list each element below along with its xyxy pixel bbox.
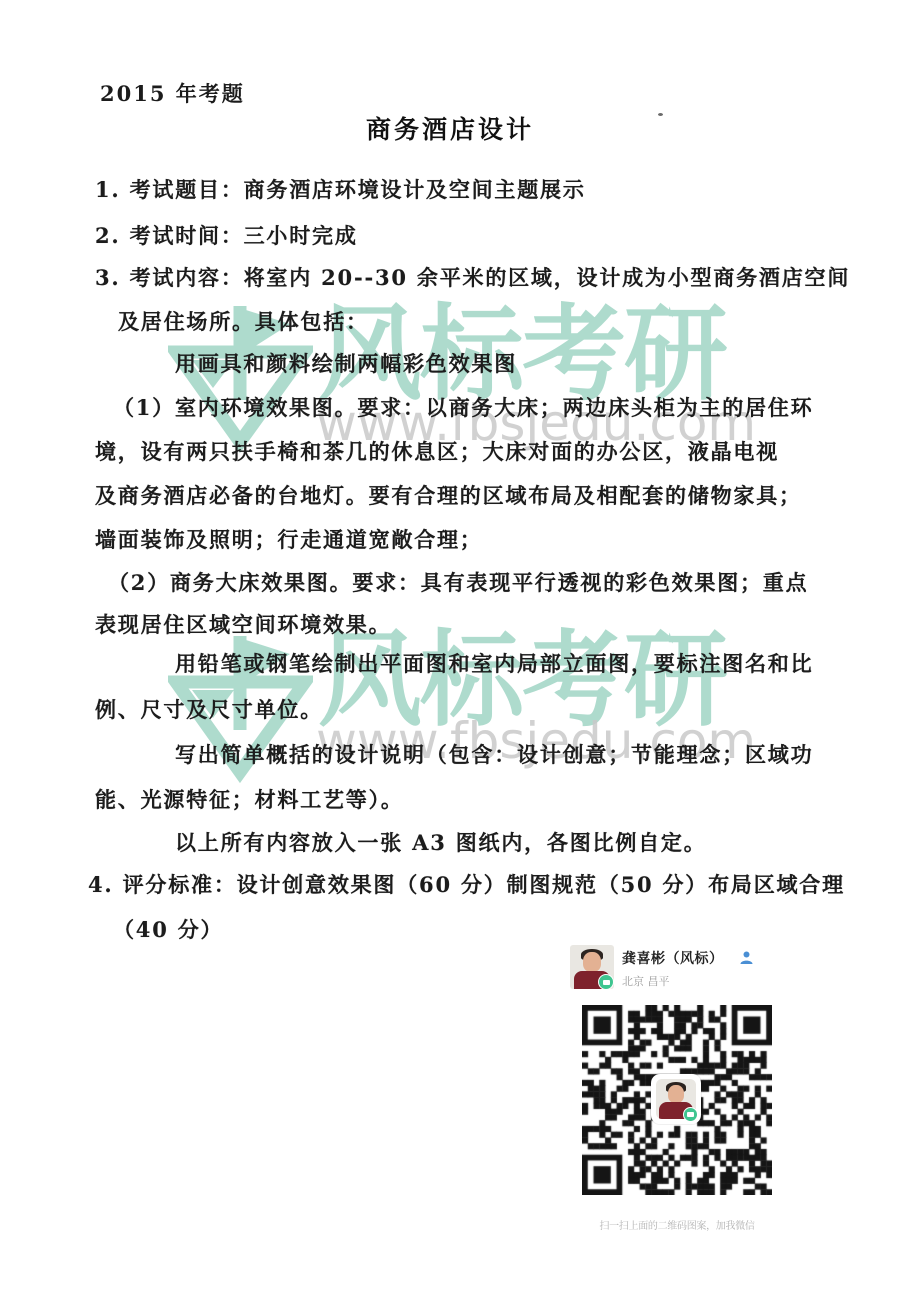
doc-line-14: 写出简单概括的设计说明（包含：设计创意；节能理念；区域功 <box>175 739 813 769</box>
doc-line-9: 墙面装饰及照明；行走通道宽敞合理； <box>95 524 483 554</box>
contact-name: 龚喜彬（风标） <box>622 948 724 968</box>
doc-line-2: 2. 考试时间：三小时完成 <box>95 220 358 250</box>
doc-line-17: 4. 评分标准：设计创意效果图（60 分）制图规范（50 分）布局区域合理 <box>88 869 845 899</box>
doc-line-11: 表现居住区域空间环境效果。 <box>95 609 391 639</box>
scanned-exam-page: 风标考研 www.fbsjedu.com 风标考研 www.fbsjedu.co… <box>0 0 900 1300</box>
scan-speckle <box>658 113 663 116</box>
doc-line-7: 境，设有两只扶手椅和茶几的休息区；大床对面的办公区，液晶电视 <box>95 436 779 466</box>
doc-line-10: （2）商务大床效果图。要求：具有表现平行透视的彩色效果图；重点 <box>108 567 808 597</box>
doc-line-15: 能、光源特征；材料工艺等）。 <box>95 784 404 814</box>
doc-line-6: （1）室内环境效果图。要求：以商务大床；两边床头柜为主的居住环 <box>113 392 813 422</box>
doc-line-16: 以上所有内容放入一张 A3 图纸内，各图比例自定。 <box>175 827 707 857</box>
contact-location: 北京 昌平 <box>622 973 670 989</box>
doc-line-1: 1. 考试题目：商务酒店环境设计及空间主题展示 <box>95 174 586 204</box>
page-title: 商务酒店设计 <box>0 110 900 146</box>
qr-caption: 扫一扫上面的二维码图案，加我微信 <box>582 1217 772 1232</box>
doc-line-4: 及居住场所。具体包括： <box>118 306 369 336</box>
doc-line-12: 用铅笔或钢笔绘制出平面图和室内局部立面图，要标注图名和比 <box>175 648 813 678</box>
doc-line-18: （40 分） <box>113 914 223 944</box>
doc-line-5: 用画具和颜料绘制两幅彩色效果图 <box>175 348 517 378</box>
year-label: 2015 年考题 <box>100 78 245 108</box>
wechat-badge-icon <box>598 974 614 990</box>
doc-line-3: 3. 考试内容：将室内 20--30 余平米的区域，设计成为小型商务酒店空间 <box>95 262 850 292</box>
person-icon <box>740 951 753 965</box>
doc-line-13: 例、尺寸及尺寸单位。 <box>95 694 323 724</box>
doc-line-8: 及商务酒店必备的台地灯。要有合理的区域布局及相配套的储物家具； <box>95 480 802 510</box>
wechat-badge-icon <box>683 1107 698 1122</box>
